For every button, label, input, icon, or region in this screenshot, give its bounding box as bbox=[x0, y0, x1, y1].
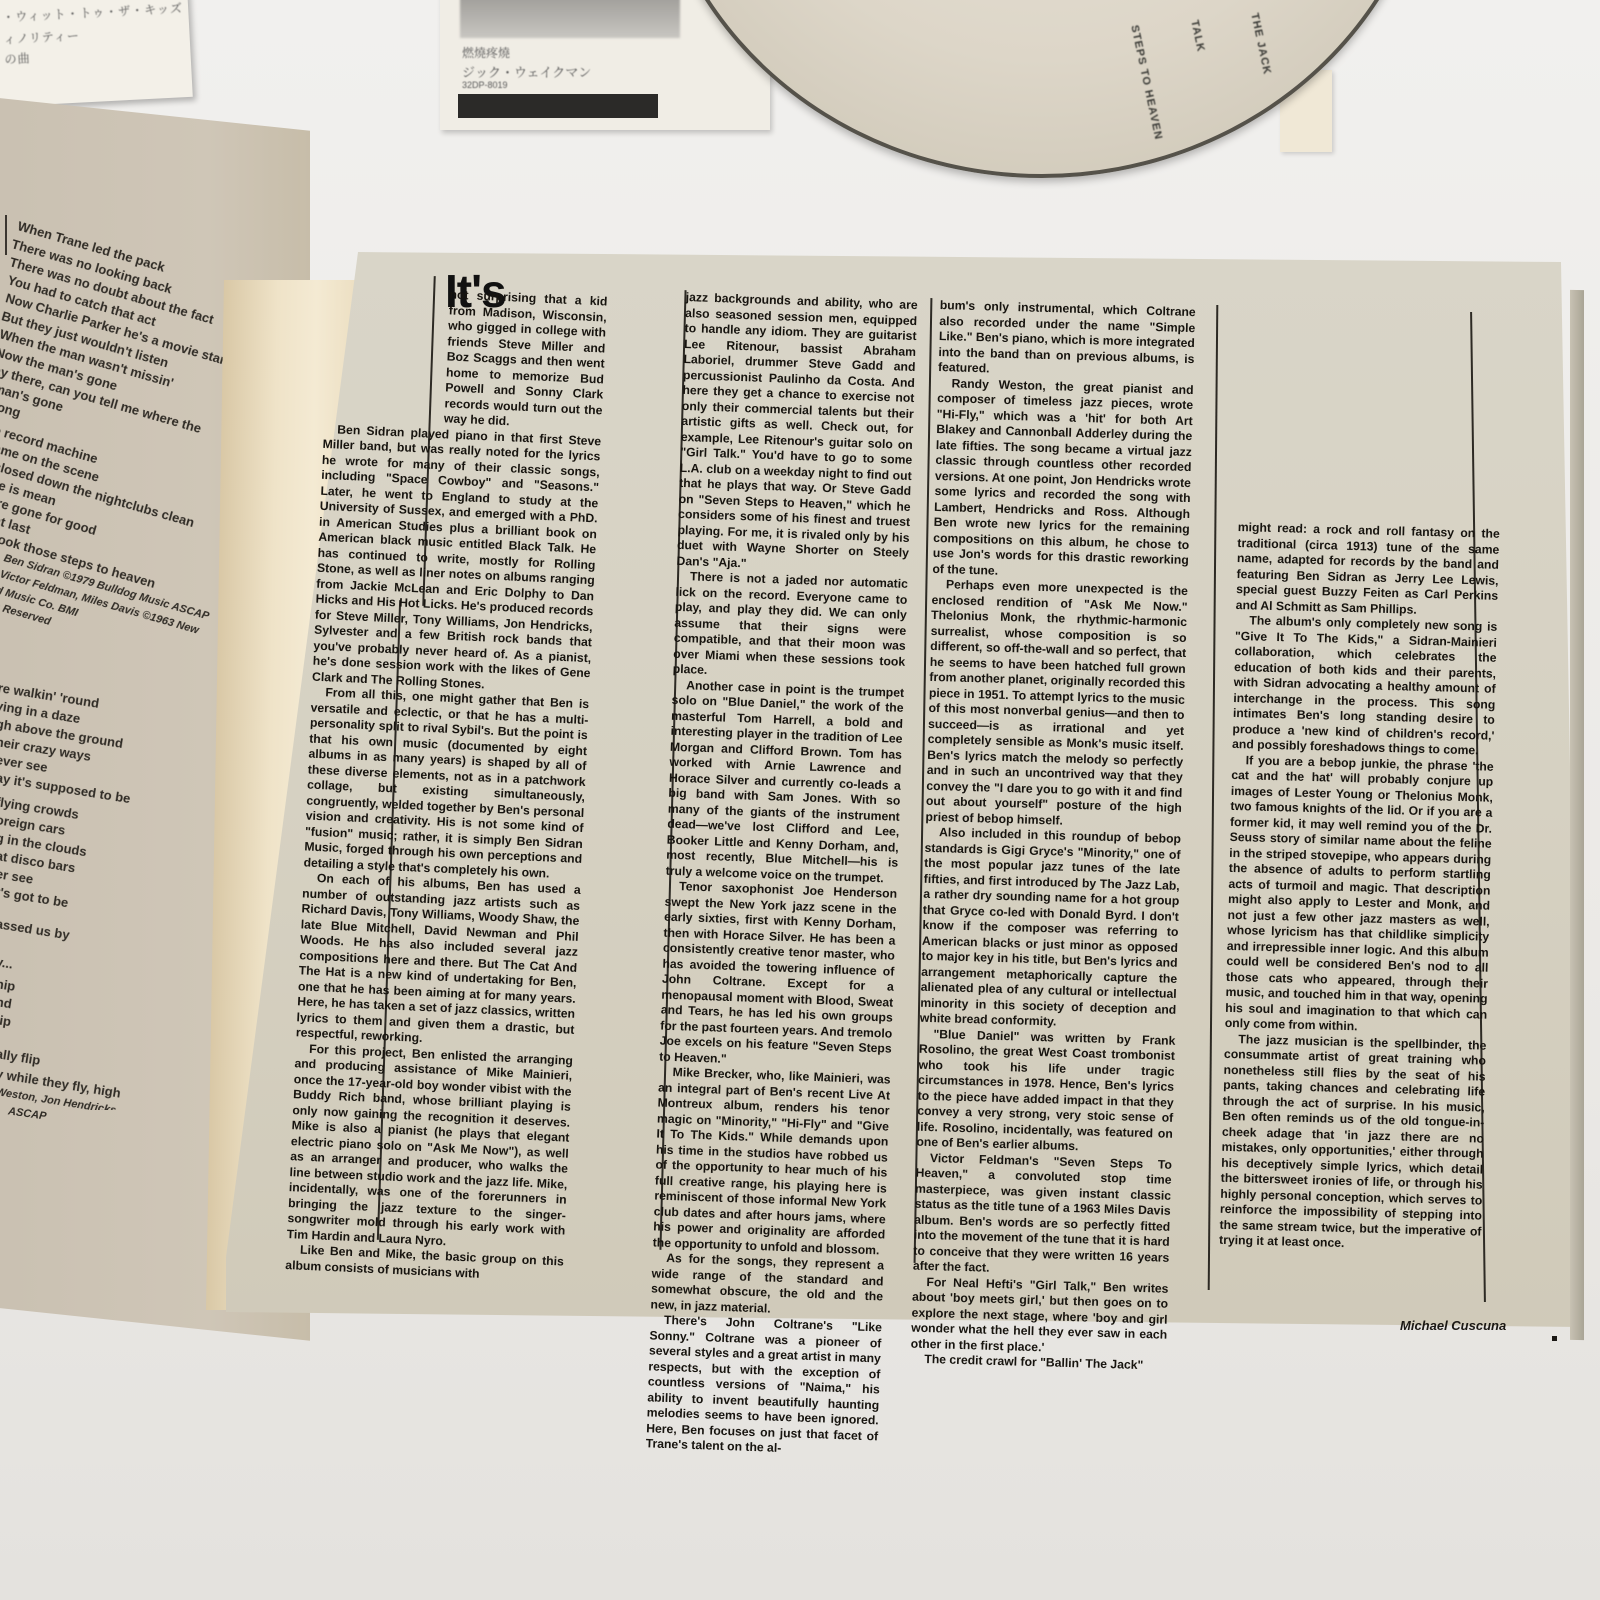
liner-column-2: jazz backgrounds and ability, who are al… bbox=[645, 290, 917, 1460]
insert-line: ジック・ウェイクマン bbox=[462, 62, 591, 81]
paragraph: For this project, Ben enlisted the arran… bbox=[286, 1041, 573, 1255]
paragraph: bum's only instrumental, which Coltrane … bbox=[938, 298, 1196, 383]
lyric-line: lip bbox=[0, 1012, 12, 1029]
paragraph: not surprising that a kid from Madison, … bbox=[324, 282, 608, 434]
lyric-line: hip bbox=[0, 976, 16, 994]
paragraph: Mike Brecker, who, like Mainieri, was an… bbox=[652, 1065, 890, 1259]
lyric-line: er see bbox=[0, 866, 34, 887]
paragraph: There is not a jaded nor automatic lick … bbox=[672, 569, 908, 686]
paragraph: Perhaps even more unexpected is the encl… bbox=[925, 577, 1188, 832]
paragraph: From all this, one might gather that Ben… bbox=[303, 685, 589, 883]
paragraph: The jazz musician is the spellbinder, th… bbox=[1219, 1031, 1487, 1255]
lyric-line: nd bbox=[0, 994, 13, 1011]
paragraph: Also included in this roundup of bebop s… bbox=[920, 825, 1182, 1034]
paragraph: "Blue Daniel" was written by Frank Rosol… bbox=[916, 1026, 1175, 1157]
author-signature: Michael Cuscuna bbox=[1400, 1318, 1506, 1333]
paragraph: Victor Feldman's "Seven Steps To Heaven,… bbox=[913, 1150, 1172, 1281]
lyric-line: t's got to be bbox=[0, 884, 69, 910]
lyric-line: assed us by bbox=[0, 916, 71, 942]
paragraph: On each of his albums, Ben has used a nu… bbox=[296, 870, 581, 1053]
paragraph: Another case in point is the trumpet sol… bbox=[665, 677, 904, 886]
liner-column-1: not surprising that a kid from Madison, … bbox=[285, 282, 608, 1286]
obi-card: ・ウィット・トゥ・ザ・キッズ ィノリティー の曲 bbox=[0, 0, 193, 107]
lyric-line: y... bbox=[0, 954, 14, 971]
lyric-line: ally flip bbox=[0, 1046, 41, 1068]
paragraph: jazz backgrounds and ability, who are al… bbox=[676, 290, 918, 577]
obi-line: ィノリティー bbox=[3, 27, 80, 48]
paragraph: might read: a rock and roll fantasy on t… bbox=[1236, 520, 1500, 620]
insert-line: 32DP-8019 bbox=[462, 80, 508, 90]
disc-track-label: TALK bbox=[1188, 19, 1206, 53]
paragraph: As for the songs, they represent a wide … bbox=[650, 1250, 884, 1320]
insert-line: 燃燒疼燒 bbox=[462, 44, 510, 61]
paragraph: There's John Coltrane's "Like Sonny." Co… bbox=[645, 1312, 882, 1460]
paragraph: For Neal Hefti's "Girl Talk," Ben writes… bbox=[911, 1274, 1169, 1359]
obi-line: の曲 bbox=[4, 49, 31, 67]
insert-photo bbox=[460, 0, 680, 38]
paragraph: Randy Weston, the great pianist and comp… bbox=[932, 375, 1194, 584]
disc-track-label: STEPS TO HEAVEN bbox=[1128, 24, 1164, 141]
paragraph: Ben Sidran played piano in that first St… bbox=[312, 421, 602, 697]
liner-column-4: might read: a rock and roll fantasy on t… bbox=[1219, 520, 1500, 1255]
liner-column-3: bum's only instrumental, which Coltrane … bbox=[910, 298, 1196, 1374]
end-mark bbox=[1552, 1336, 1557, 1341]
barcode-strip bbox=[458, 94, 658, 118]
obi-line: ・ウィット・トゥ・ザ・キッズ bbox=[2, 0, 183, 26]
paragraph: If you are a bebop junkie, the phrase 't… bbox=[1225, 752, 1494, 1038]
panel-edge bbox=[1570, 290, 1584, 1340]
lyrics-block: When Trane led the pack There was no loo… bbox=[0, 210, 230, 1110]
paragraph: The album's only completely new song is … bbox=[1232, 613, 1498, 759]
paragraph: Tenor saxophonist Joe Henderson swept th… bbox=[659, 879, 897, 1073]
disc-track-label: THE JACK bbox=[1248, 12, 1273, 76]
